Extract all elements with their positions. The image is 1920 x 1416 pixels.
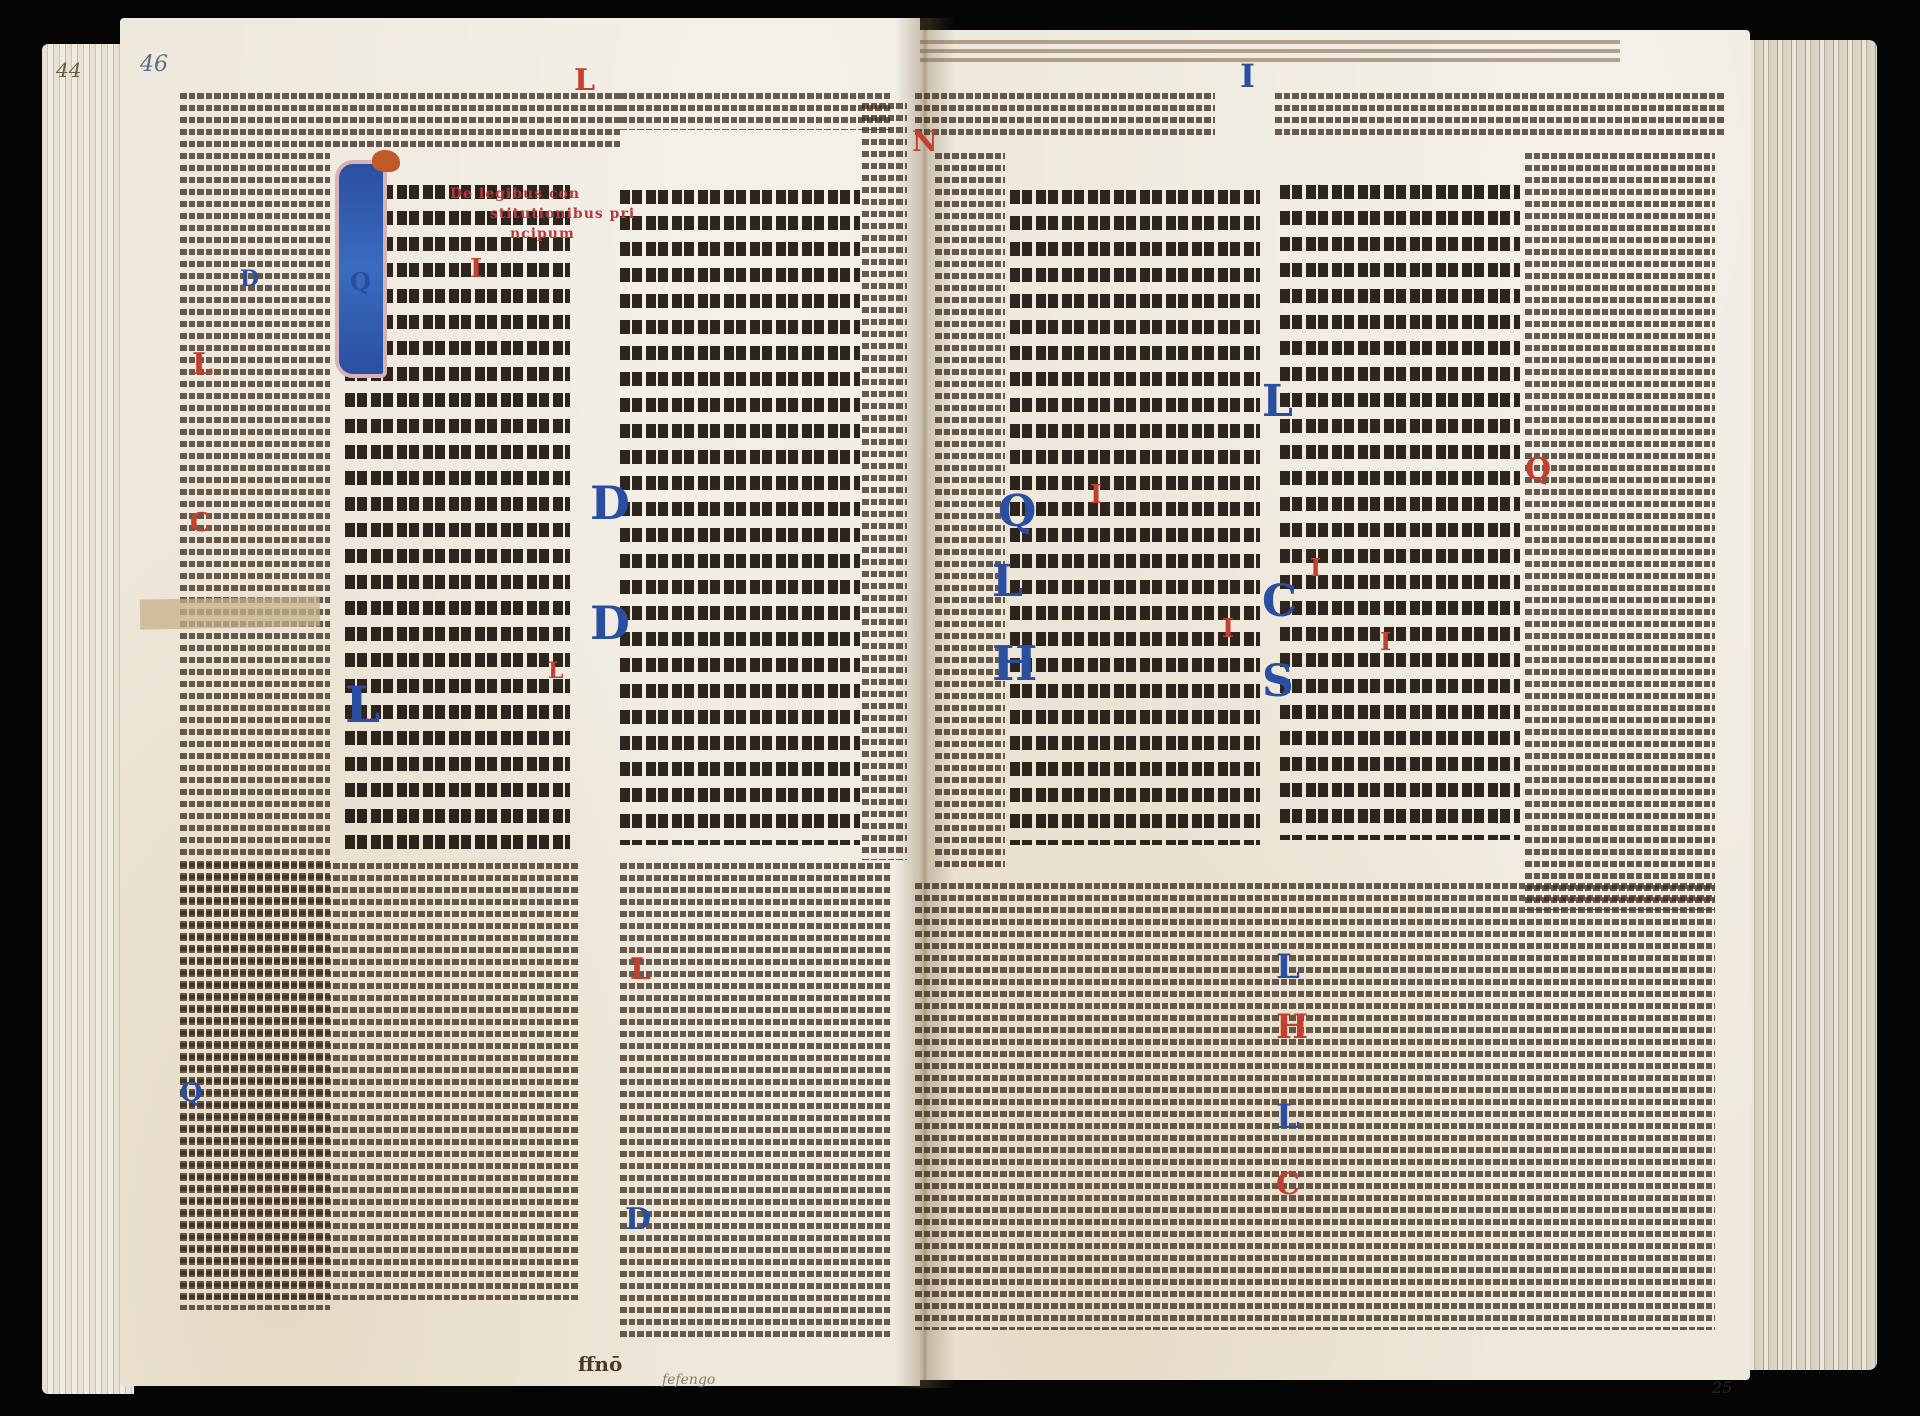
initial-c-blue: C	[1262, 580, 1297, 624]
right-page-stack	[1745, 40, 1877, 1370]
initial-l-blue-4: L	[1276, 950, 1300, 984]
left-main-column-b	[620, 185, 860, 845]
initial-q-red: Q	[1525, 455, 1551, 485]
left-gloss-top	[180, 90, 620, 150]
rubric-line-3: ncipum	[510, 226, 575, 242]
folio-number-previous: 44	[56, 58, 81, 82]
initial-s-blue: S	[1262, 660, 1294, 704]
initial-l-red: L	[192, 350, 213, 380]
initial-i-red-5: I	[1380, 630, 1391, 654]
initial-d-blue-4: D	[625, 1205, 651, 1235]
initial-n-red: N	[912, 128, 938, 156]
folio-number-left: 46	[140, 52, 168, 77]
bottom-signature: fefengo	[662, 1372, 715, 1388]
repair-strip	[140, 596, 320, 629]
initial-d-blue: D	[240, 268, 259, 290]
right-outer-gloss	[1525, 150, 1715, 910]
initial-d-blue-3: D	[590, 600, 630, 646]
initial-h-red: H	[1276, 1010, 1308, 1044]
right-gloss-top-b	[1275, 90, 1725, 140]
left-gloss-bottom-b	[620, 860, 890, 1340]
initial-q-blue-2: Q	[180, 1080, 203, 1106]
initial-l-blue: L	[345, 680, 380, 730]
initial-l-blue-5: L	[1276, 1100, 1300, 1134]
initial-i-red-4: I	[1310, 556, 1321, 580]
left-inner-gloss	[862, 100, 907, 860]
rubric-line-1: De legibus con	[450, 186, 580, 202]
initial-q-blue-3: Q	[998, 490, 1036, 534]
right-main-column-b	[1280, 180, 1520, 840]
bottom-catchword: ffnō	[578, 1352, 622, 1376]
right-main-column-a	[1010, 185, 1260, 845]
initial-d-blue-2: D	[590, 480, 630, 526]
initial-c-red-2: C	[1276, 1170, 1300, 1200]
initial-l-blue-2: L	[992, 560, 1023, 604]
initial-l-red-3: L	[630, 955, 651, 985]
right-top-notes	[920, 38, 1620, 64]
right-inner-gloss	[935, 150, 1005, 870]
running-head-l: L	[574, 66, 595, 96]
manuscript-photo: 44 46 25 De legibus con stitutionibus pr…	[0, 0, 1920, 1416]
right-gloss-top-a	[915, 90, 1215, 140]
initial-h-blue: H	[992, 640, 1037, 688]
left-gloss-top-right	[620, 90, 890, 130]
folio-number-right: 25	[1712, 1378, 1732, 1397]
initial-i-red-2: I	[1222, 616, 1234, 642]
right-gloss-bottom	[915, 880, 1715, 1330]
running-head-i: I	[1240, 60, 1255, 92]
initial-l-blue-3: L	[1262, 380, 1293, 424]
dragon-head-flourish	[372, 150, 400, 172]
initial-q-blue: Q	[350, 270, 371, 294]
initial-i-red: I	[470, 256, 482, 282]
initial-l-red-2: L	[548, 660, 563, 682]
left-gloss-bottom-a	[180, 860, 580, 1300]
initial-i-red-3: I	[1090, 482, 1102, 508]
rubric-line-2: stitutionibus pri	[490, 206, 635, 222]
initial-c-red: C	[190, 510, 211, 536]
